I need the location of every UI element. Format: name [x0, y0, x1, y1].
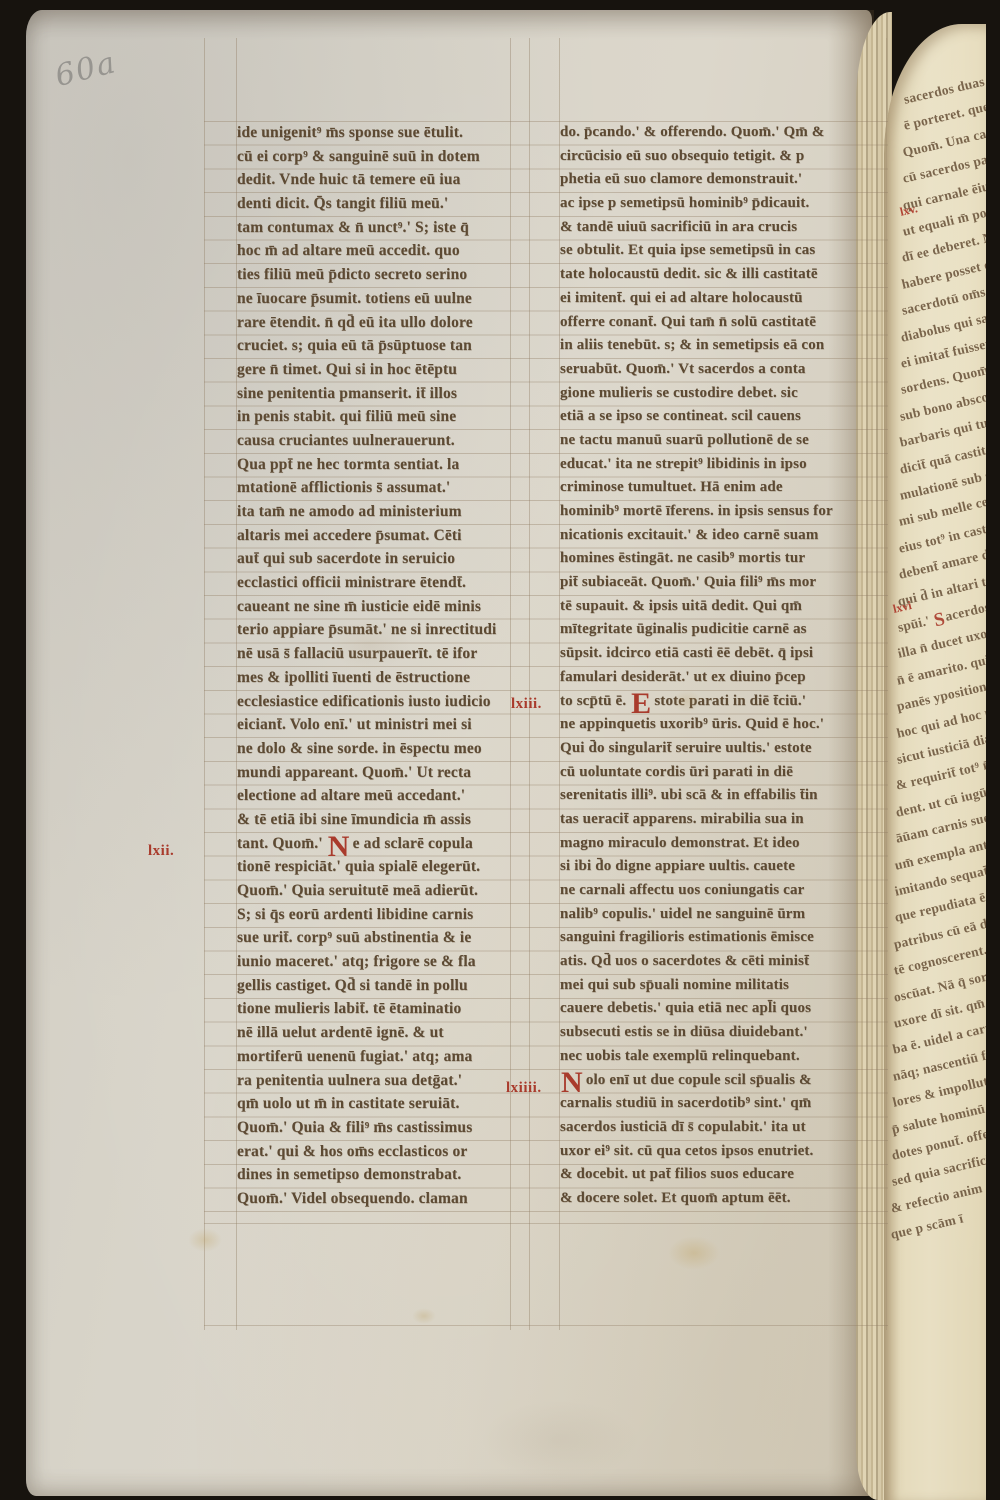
margin-number-lxii: lxii. [148, 843, 174, 860]
manuscript-line: nalib⁹ copulis.' uidel ne sanguinē ūrm [560, 903, 886, 927]
manuscript-line: mei qui sub sp̄uali nomine militatis [560, 974, 886, 998]
manuscript-line: cū ei corp⁹ & sanguinē suū in dotem [237, 145, 515, 169]
manuscript-line: hoc m̄ ad altare meū accedit. quo [237, 239, 515, 263]
ruling-through-line [204, 1325, 888, 1326]
manuscript-line: serenitatis illi⁹. ubi scā & in effabili… [560, 784, 886, 808]
manuscript-line: cū uoluntate cordis ūri parati in diē [560, 761, 886, 785]
manuscript-line: sacerdos iusticiā dī s̄ copulabit.' ita … [560, 1116, 886, 1140]
next-page-text-line: que p scām ī [889, 1211, 965, 1243]
manuscript-line: aut̄ qui sub sacerdote in seruicio [237, 547, 515, 571]
manuscript-line: iunio maceret.' atq; frigore se & fla [237, 950, 515, 974]
manuscript-line: mundi appareant. Quom̄.' Ut recta [237, 761, 515, 785]
manuscript-line: & docere solet. Et quom̄ aptum ēēt. [560, 1187, 886, 1211]
manuscript-line: ne īuocare p̄sumit. totiens eū uulne [237, 287, 515, 311]
manuscript-line: educat.' ita ne strepit⁹ libidinis in ip… [560, 453, 886, 477]
manuscript-line: electione ad altare meū accedant.' [237, 784, 515, 808]
manuscript-line: se obtulit. Et quia ipse semetipsū in ca… [560, 239, 886, 263]
manuscript-line: ei imitent̄. qui ei ad altare holocaustū [560, 287, 886, 311]
manuscript-line: mortiferū uenenū fugiat.' atq; ama [237, 1045, 515, 1069]
manuscript-line: ac ipse p semetipsū hominib⁹ p̄dicauit. [560, 192, 886, 216]
manuscript-line: Qui d̄o singularit̄ seruire uultis.' est… [560, 737, 886, 761]
manuscript-line: Quom̄.' Quia seruitutē meā adierūt. [237, 879, 515, 903]
manuscript-line: Quom̄.' Quia & fili⁹ m̄s castissimus [237, 1116, 515, 1140]
ruling-vertical-line [529, 38, 530, 1330]
manuscript-line: terio appiare p̄sumāt.' ne si inrectitud… [237, 618, 515, 642]
manuscript-line: uxor ei⁹ sit. cū qua cetos ipsos enutrie… [560, 1140, 886, 1164]
manuscript-line: tant. Quom̄.' Ne ad sclarē copula [237, 832, 515, 856]
manuscript-line: nec uobis tale exemplū relinquebant. [560, 1045, 886, 1069]
manuscript-line: sue urit̄. corp⁹ suū abstinentia & ie [237, 926, 515, 950]
manuscript-line: gellis castiget. Qd̄ si tandē in pollu [237, 974, 515, 998]
manuscript-line: ne dolo & sine sorde. in ēspectu meo [237, 737, 515, 761]
ruling-through-line [204, 1223, 888, 1224]
ruling-vertical-line [886, 38, 887, 1330]
manuscript-line: ide unigenit⁹ m̄s sponse sue ētulit. [237, 121, 515, 145]
manuscript-line: & docebit. ut pat̄ filios suos educare [560, 1163, 886, 1187]
manuscript-line: tionē respiciāt.' quia spialē elegerūt. [237, 855, 515, 879]
margin-number-lxiii: lxiii. [511, 696, 542, 713]
manuscript-line: hominib⁹ mortē īferens. in ipsis sensus … [560, 500, 886, 524]
manuscript-line: Qua ppt̄ ne hec tormta sentiat. la [237, 453, 515, 477]
manuscript-line: offerre conant̄. Qui tam̄ n̄ solū castit… [560, 311, 886, 335]
manuscript-line: erat.' qui & hos om̄s ecclasticos or [237, 1140, 515, 1164]
manuscript-line: ra penitentia uulnera sua detḡat.' [237, 1069, 515, 1093]
text-column-2: do. p̄cando.' & offerendo. Quom̄.' Qm̄ &… [560, 121, 886, 1211]
manuscript-line: gere n̄ timet. Qui si in hoc ētēptu [237, 358, 515, 382]
ruling-vertical-line [204, 38, 205, 1330]
manuscript-line: dedit. Vnde huic tā temere eū iua [237, 168, 515, 192]
manuscript-line: sine penitentia pmanserit. it̄ illos [237, 382, 515, 406]
manuscript-line: altaris mei accedere p̄sumat. Cēti [237, 524, 515, 548]
manuscript-line: ne carnali affectu uos coniungatis car [560, 879, 886, 903]
manuscript-line: magno miraculo demonstrat. Et ideo [560, 832, 886, 856]
manuscript-line: seruabūt. Quom̄.' Vt sacerdos a conta [560, 358, 886, 382]
manuscript-line: caueant ne sine m̄ iusticie eidē minis [237, 595, 515, 619]
manuscript-line: dines in semetipso demonstrabat. [237, 1163, 515, 1187]
manuscript-line: etiā a se ipso se contineat. scil cauens [560, 405, 886, 429]
manuscript-line: tione mulieris labit̄. tē ētaminatio [237, 997, 515, 1021]
manuscript-line: pit̄ subiaceāt. Quom̄.' Quia fili⁹ m̄s m… [560, 571, 886, 595]
manuscript-line: rare ētendit. n̄ qd̄ eū ita ullo dolore [237, 311, 515, 335]
manuscript-line: ties filiū meū p̄dicto secreto serino [237, 263, 515, 287]
manuscript-line: tate holocaustū dedit. sic & illi castit… [560, 263, 886, 287]
manuscript-line: gione mulieris se custodire debet. sic [560, 382, 886, 406]
manuscript-line: phetia eū suo clamore demonstrauit.' [560, 168, 886, 192]
manuscript-line: atis. Qd̄ uos o sacerdotes & cēti minist… [560, 950, 886, 974]
manuscript-line: ita tam̄ ne amodo ad ministerium [237, 500, 515, 524]
manuscript-line: causa cruciantes uulnerauerunt. [237, 429, 515, 453]
manuscript-line: nicationis excitauit.' & ideo carnē suam [560, 524, 886, 548]
manuscript-line: mtationē afflictionis s̄ assumat.' [237, 476, 515, 500]
manuscript-line: qm̄ uolo ut m̄ in castitate seruiāt. [237, 1092, 515, 1116]
manuscript-line: mītegritate ūginalis pudicitie carnē as [560, 618, 886, 642]
manuscript-line: in penis stabit. qui filiū meū sine [237, 405, 515, 429]
manuscript-line: eiciant̄. Volo enī.' ut ministri mei si [237, 713, 515, 737]
red-initial: S [932, 608, 947, 631]
margin-number-lxiiii: lxiiii. [506, 1080, 542, 1097]
manuscript-line: ne appinquetis uxorib⁹ ūris. Quid ē hoc.… [560, 713, 886, 737]
manuscript-line: to scp̄tū ē. Estote parati in diē t̄ciū.… [560, 690, 886, 714]
manuscript-line: tam contumax & n̄ unct⁹.' S; iste q̄ [237, 216, 515, 240]
manuscript-line: Quom̄.' Videl obsequendo. claman [237, 1187, 515, 1211]
manuscript-line: homines ēstingāt. ne casib⁹ mortis tur [560, 547, 886, 571]
manuscript-line: famulari desiderāt.' ut ex diuino p̄cep [560, 666, 886, 690]
manuscript-line: tas ueracit̄ apparens. mirabilia sua in [560, 808, 886, 832]
manuscript-line: circūcisio eū suo obsequio tetigit. & p [560, 145, 886, 169]
manuscript-line: & tē etiā ibi sine īmundicia m̄ assis [237, 808, 515, 832]
manuscript-line: mes & ipolliti īuenti de ēstructione [237, 666, 515, 690]
manuscript-line: Nolo enī ut due copule scil sp̄ualis & [560, 1069, 886, 1093]
manuscript-line: ne tactu manuū suarū pollutionē de se [560, 429, 886, 453]
manuscript-line: sanguini fragilioris estimationis ēmisce [560, 926, 886, 950]
manuscript-line: nē illā uelut ardentē ignē. & ut [237, 1021, 515, 1045]
next-page-edge: sacerdos duas copulē porteret. que s̄ uQ… [884, 24, 986, 1500]
manuscript-line: ecclesiastice edificationis iusto iudici… [237, 690, 515, 714]
manuscript-line: denti dicit. Q̄s tangit filiū meū.' [237, 192, 515, 216]
manuscript-line: si ibi d̄o digne appiare uultis. cauete [560, 855, 886, 879]
manuscript-line: ecclastici officii ministrare ētendt̄. [237, 571, 515, 595]
manuscript-line: tē supauit. & ipsis uitā dedit. Qui qm̄ [560, 595, 886, 619]
manuscript-line: cruciet. s; quia eū tā p̄sūptuose tan [237, 334, 515, 358]
manuscript-line: nē usā s̄ fallaciū usurpauerīt. tē ifor [237, 642, 515, 666]
manuscript-line: do. p̄cando.' & offerendo. Quom̄.' Qm̄ & [560, 121, 886, 145]
text-column-1: ide unigenit⁹ m̄s sponse sue ētulit.cū e… [237, 121, 515, 1211]
manuscript-line: sūpsit. idcirco etiā casti ēē debēt. q̄ … [560, 642, 886, 666]
manuscript-line: carnalis studiū in sacerdotib⁹ sint.' qm… [560, 1092, 886, 1116]
manuscript-line: S; si q̄s eorū ardenti libidine carnis [237, 903, 515, 927]
manuscript-line: subsecuti estis se in diūsa diuidebant.' [560, 1021, 886, 1045]
manuscript-line: & tandē uiuū sacrificiū in ara crucis [560, 216, 886, 240]
manuscript-line: cauere debetis.' quia etiā nec apl̄i quo… [560, 997, 886, 1021]
manuscript-line: in aliis tenebūt. s; & in semetipsis eā … [560, 334, 886, 358]
manuscript-line: criminose tumultuet. Hā enim ade [560, 476, 886, 500]
